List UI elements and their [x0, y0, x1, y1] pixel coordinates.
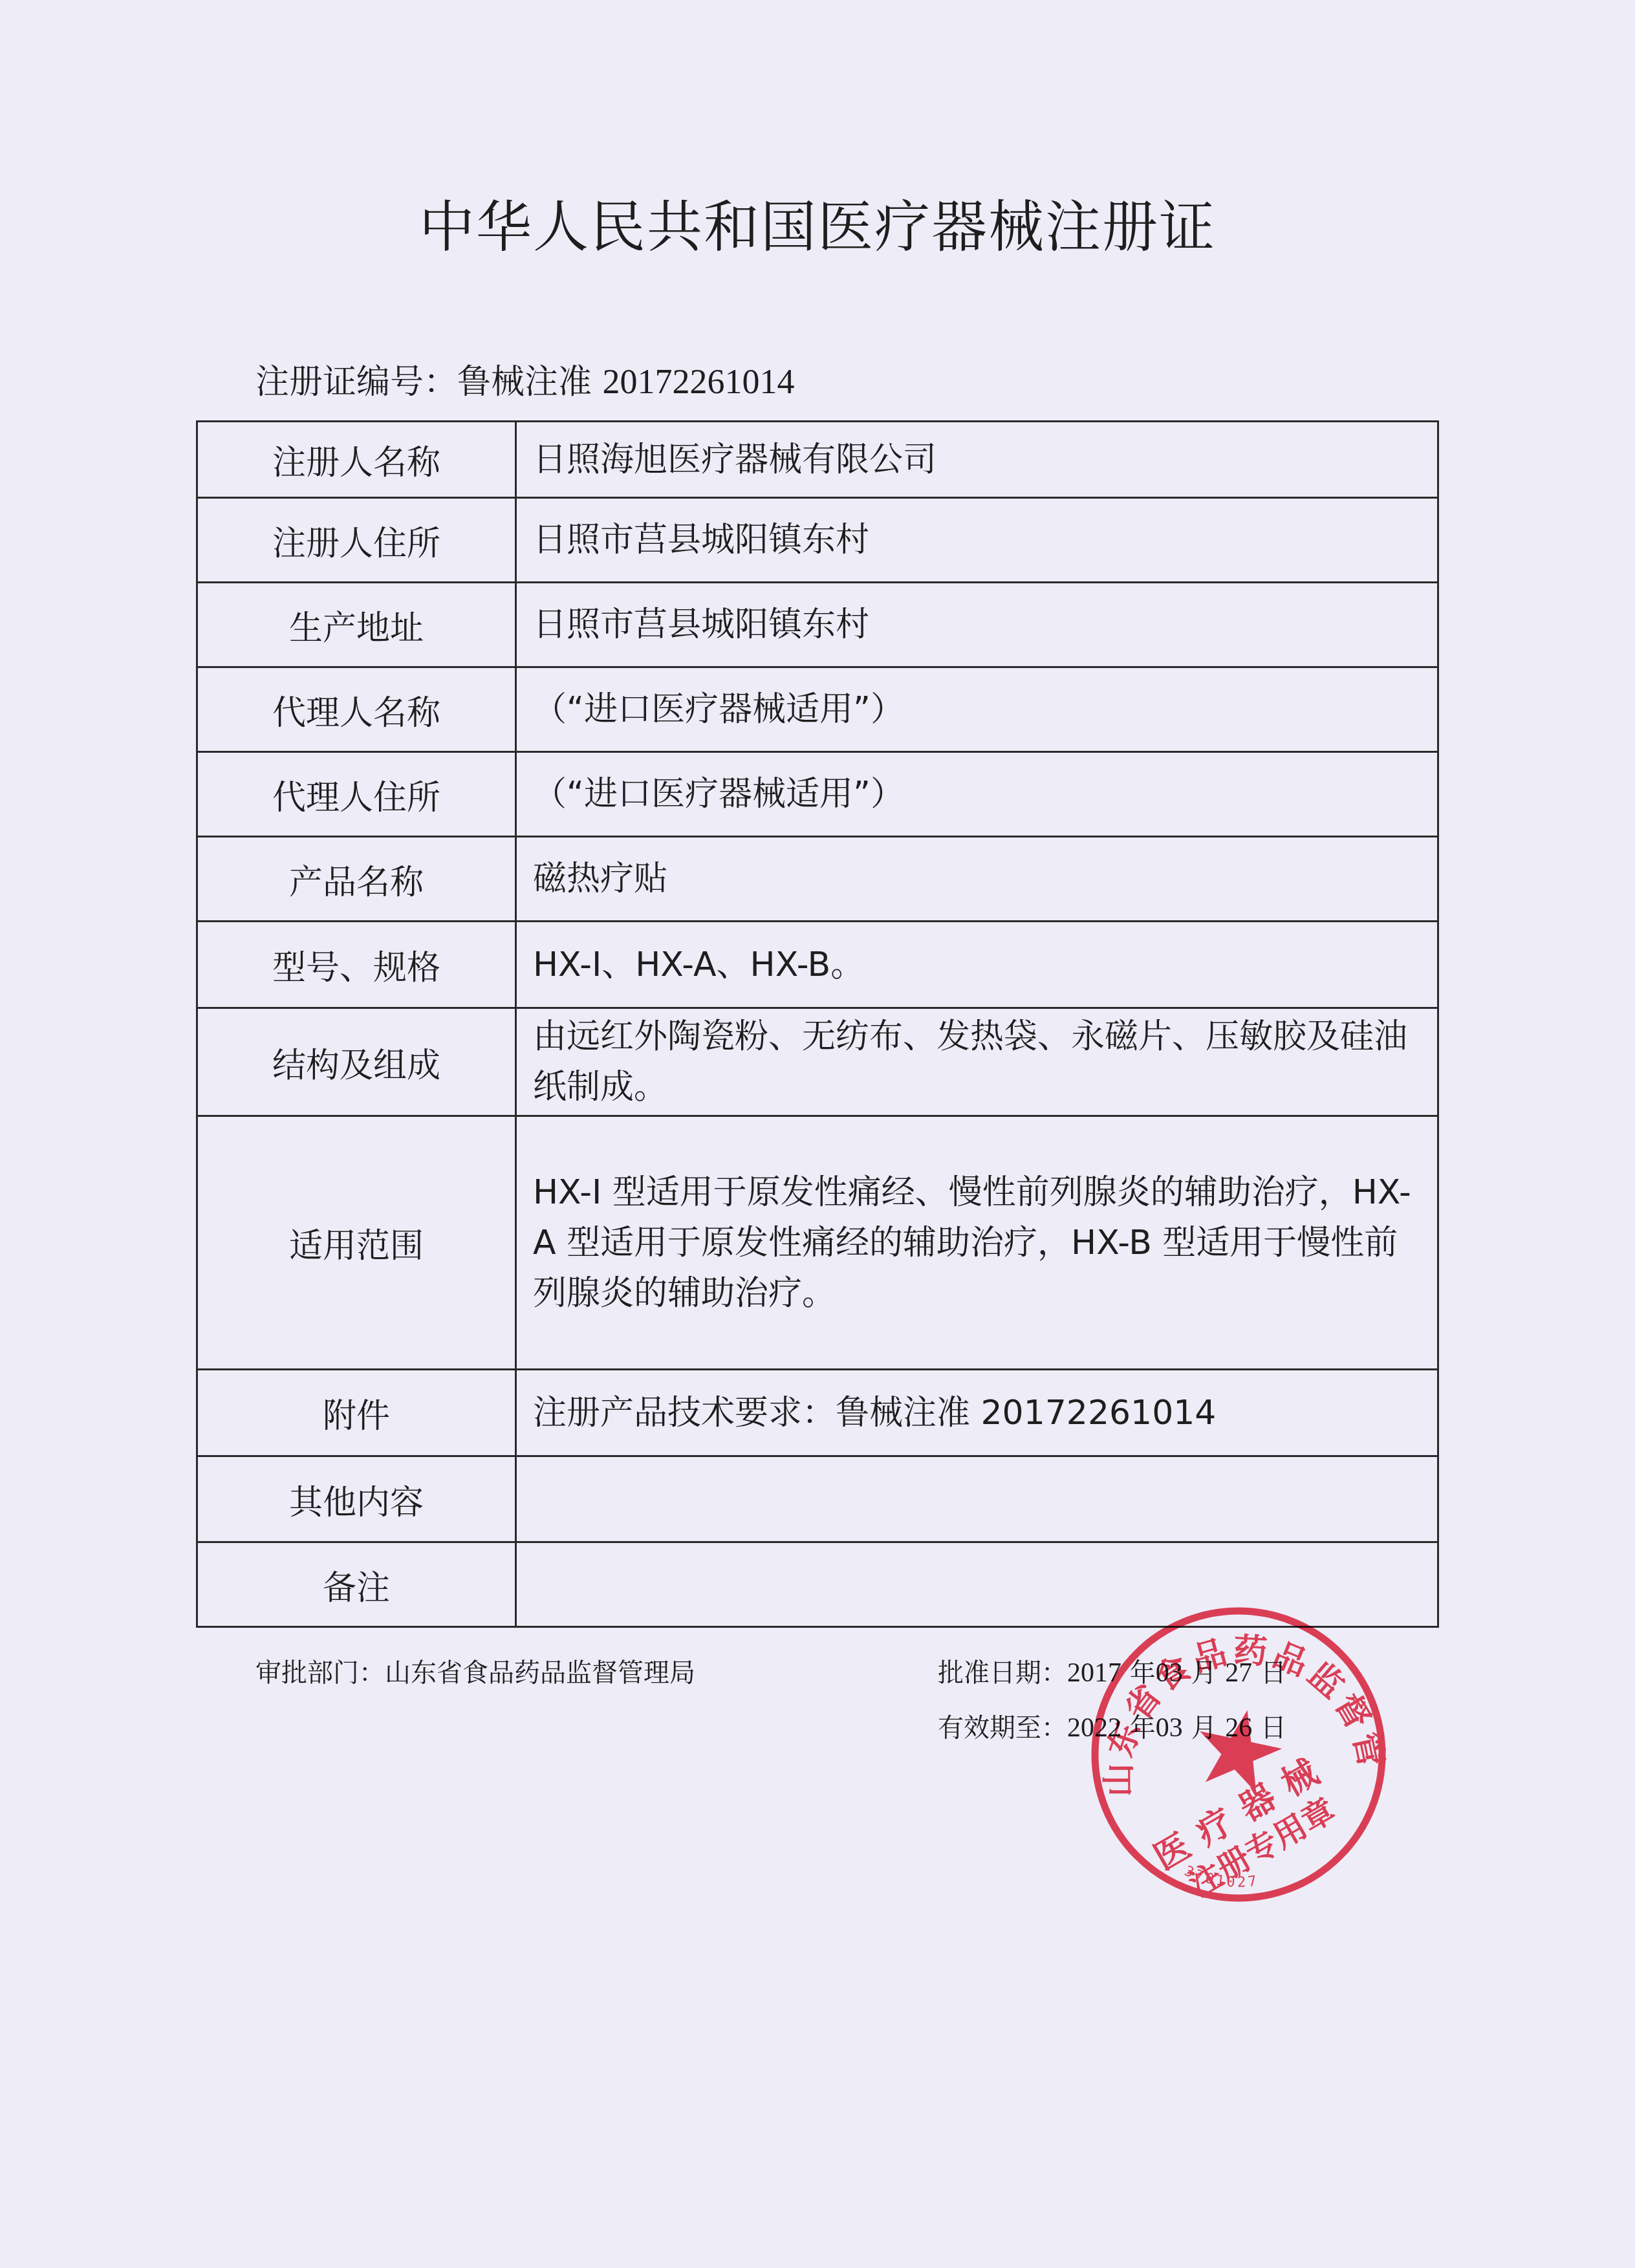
table-row: 结构及组成 由远红外陶瓷粉、无纺布、发热袋、永磁片、压敏胶及硅油纸制成。: [197, 1008, 1438, 1116]
approval-date-label: 批准日期：: [938, 1658, 1067, 1688]
row-value: 日照市莒县城阳镇东村: [516, 583, 1438, 667]
table-row: 适用范围 HX-I 型适用于原发性痛经、慢性前列腺炎的辅助治疗，HX-A 型适用…: [197, 1116, 1438, 1370]
row-label: 备注: [197, 1542, 516, 1627]
registration-number: 注册证编号：鲁械注准 20172261014: [255, 354, 795, 403]
certificate-table: 注册人名称 日照海旭医疗器械有限公司 注册人住所 日照市莒县城阳镇东村 生产地址…: [196, 420, 1439, 1628]
row-label: 注册人住所: [197, 498, 516, 583]
row-label: 代理人住所: [197, 752, 516, 837]
table-row: 注册人名称 日照海旭医疗器械有限公司: [197, 422, 1438, 498]
approval-department: 审批部门：山东省食品药品监督管理局: [255, 1652, 695, 1689]
approval-department-value: 山东省食品药品监督管理局: [385, 1658, 695, 1688]
row-value: （“进口医疗器械适用”）: [516, 752, 1438, 837]
row-value: 日照海旭医疗器械有限公司: [516, 422, 1438, 498]
approval-department-label: 审批部门：: [255, 1658, 385, 1688]
row-label: 附件: [197, 1370, 516, 1456]
row-label: 其他内容: [197, 1456, 516, 1542]
row-value: HX-I 型适用于原发性痛经、慢性前列腺炎的辅助治疗，HX-A 型适用于原发性痛…: [516, 1116, 1438, 1370]
table-row: 生产地址 日照市莒县城阳镇东村: [197, 583, 1438, 667]
official-seal-icon: 山东省食品药品监督管理局 医疗器械 注册专用章 3701027: [1087, 1603, 1391, 1906]
row-label: 注册人名称: [197, 422, 516, 498]
table-row: 代理人名称 （“进口医疗器械适用”）: [197, 667, 1438, 752]
table-row: 产品名称 磁热疗贴: [197, 837, 1438, 922]
valid-until-label: 有效期至：: [938, 1713, 1067, 1743]
row-value: 磁热疗贴: [516, 837, 1438, 922]
table-row: 代理人住所 （“进口医疗器械适用”）: [197, 752, 1438, 837]
row-value: 注册产品技术要求：鲁械注准 20172261014: [516, 1370, 1438, 1456]
table-row: 注册人住所 日照市莒县城阳镇东村: [197, 498, 1438, 583]
table-row: 型号、规格 HX-I、HX-A、HX-B。: [197, 922, 1438, 1008]
row-value: （“进口医疗器械适用”）: [516, 667, 1438, 752]
row-label: 结构及组成: [197, 1008, 516, 1116]
row-label: 产品名称: [197, 837, 516, 922]
row-value: 由远红外陶瓷粉、无纺布、发热袋、永磁片、压敏胶及硅油纸制成。: [516, 1008, 1438, 1116]
certificate-title: 中华人民共和国医疗器械注册证: [0, 182, 1635, 263]
registration-number-label: 注册证编号：: [255, 363, 457, 402]
row-label: 适用范围: [197, 1116, 516, 1370]
registration-number-prefix: 鲁械注准: [457, 363, 592, 402]
row-value: 日照市莒县城阳镇东村: [516, 498, 1438, 583]
row-value: [516, 1456, 1438, 1542]
row-label: 型号、规格: [197, 922, 516, 1008]
row-label: 代理人名称: [197, 667, 516, 752]
registration-number-value: 20172261014: [603, 362, 795, 401]
table-row: 附件 注册产品技术要求：鲁械注准 20172261014: [197, 1370, 1438, 1456]
table-row: 其他内容: [197, 1456, 1438, 1542]
row-value: HX-I、HX-A、HX-B。: [516, 922, 1438, 1008]
row-label: 生产地址: [197, 583, 516, 667]
